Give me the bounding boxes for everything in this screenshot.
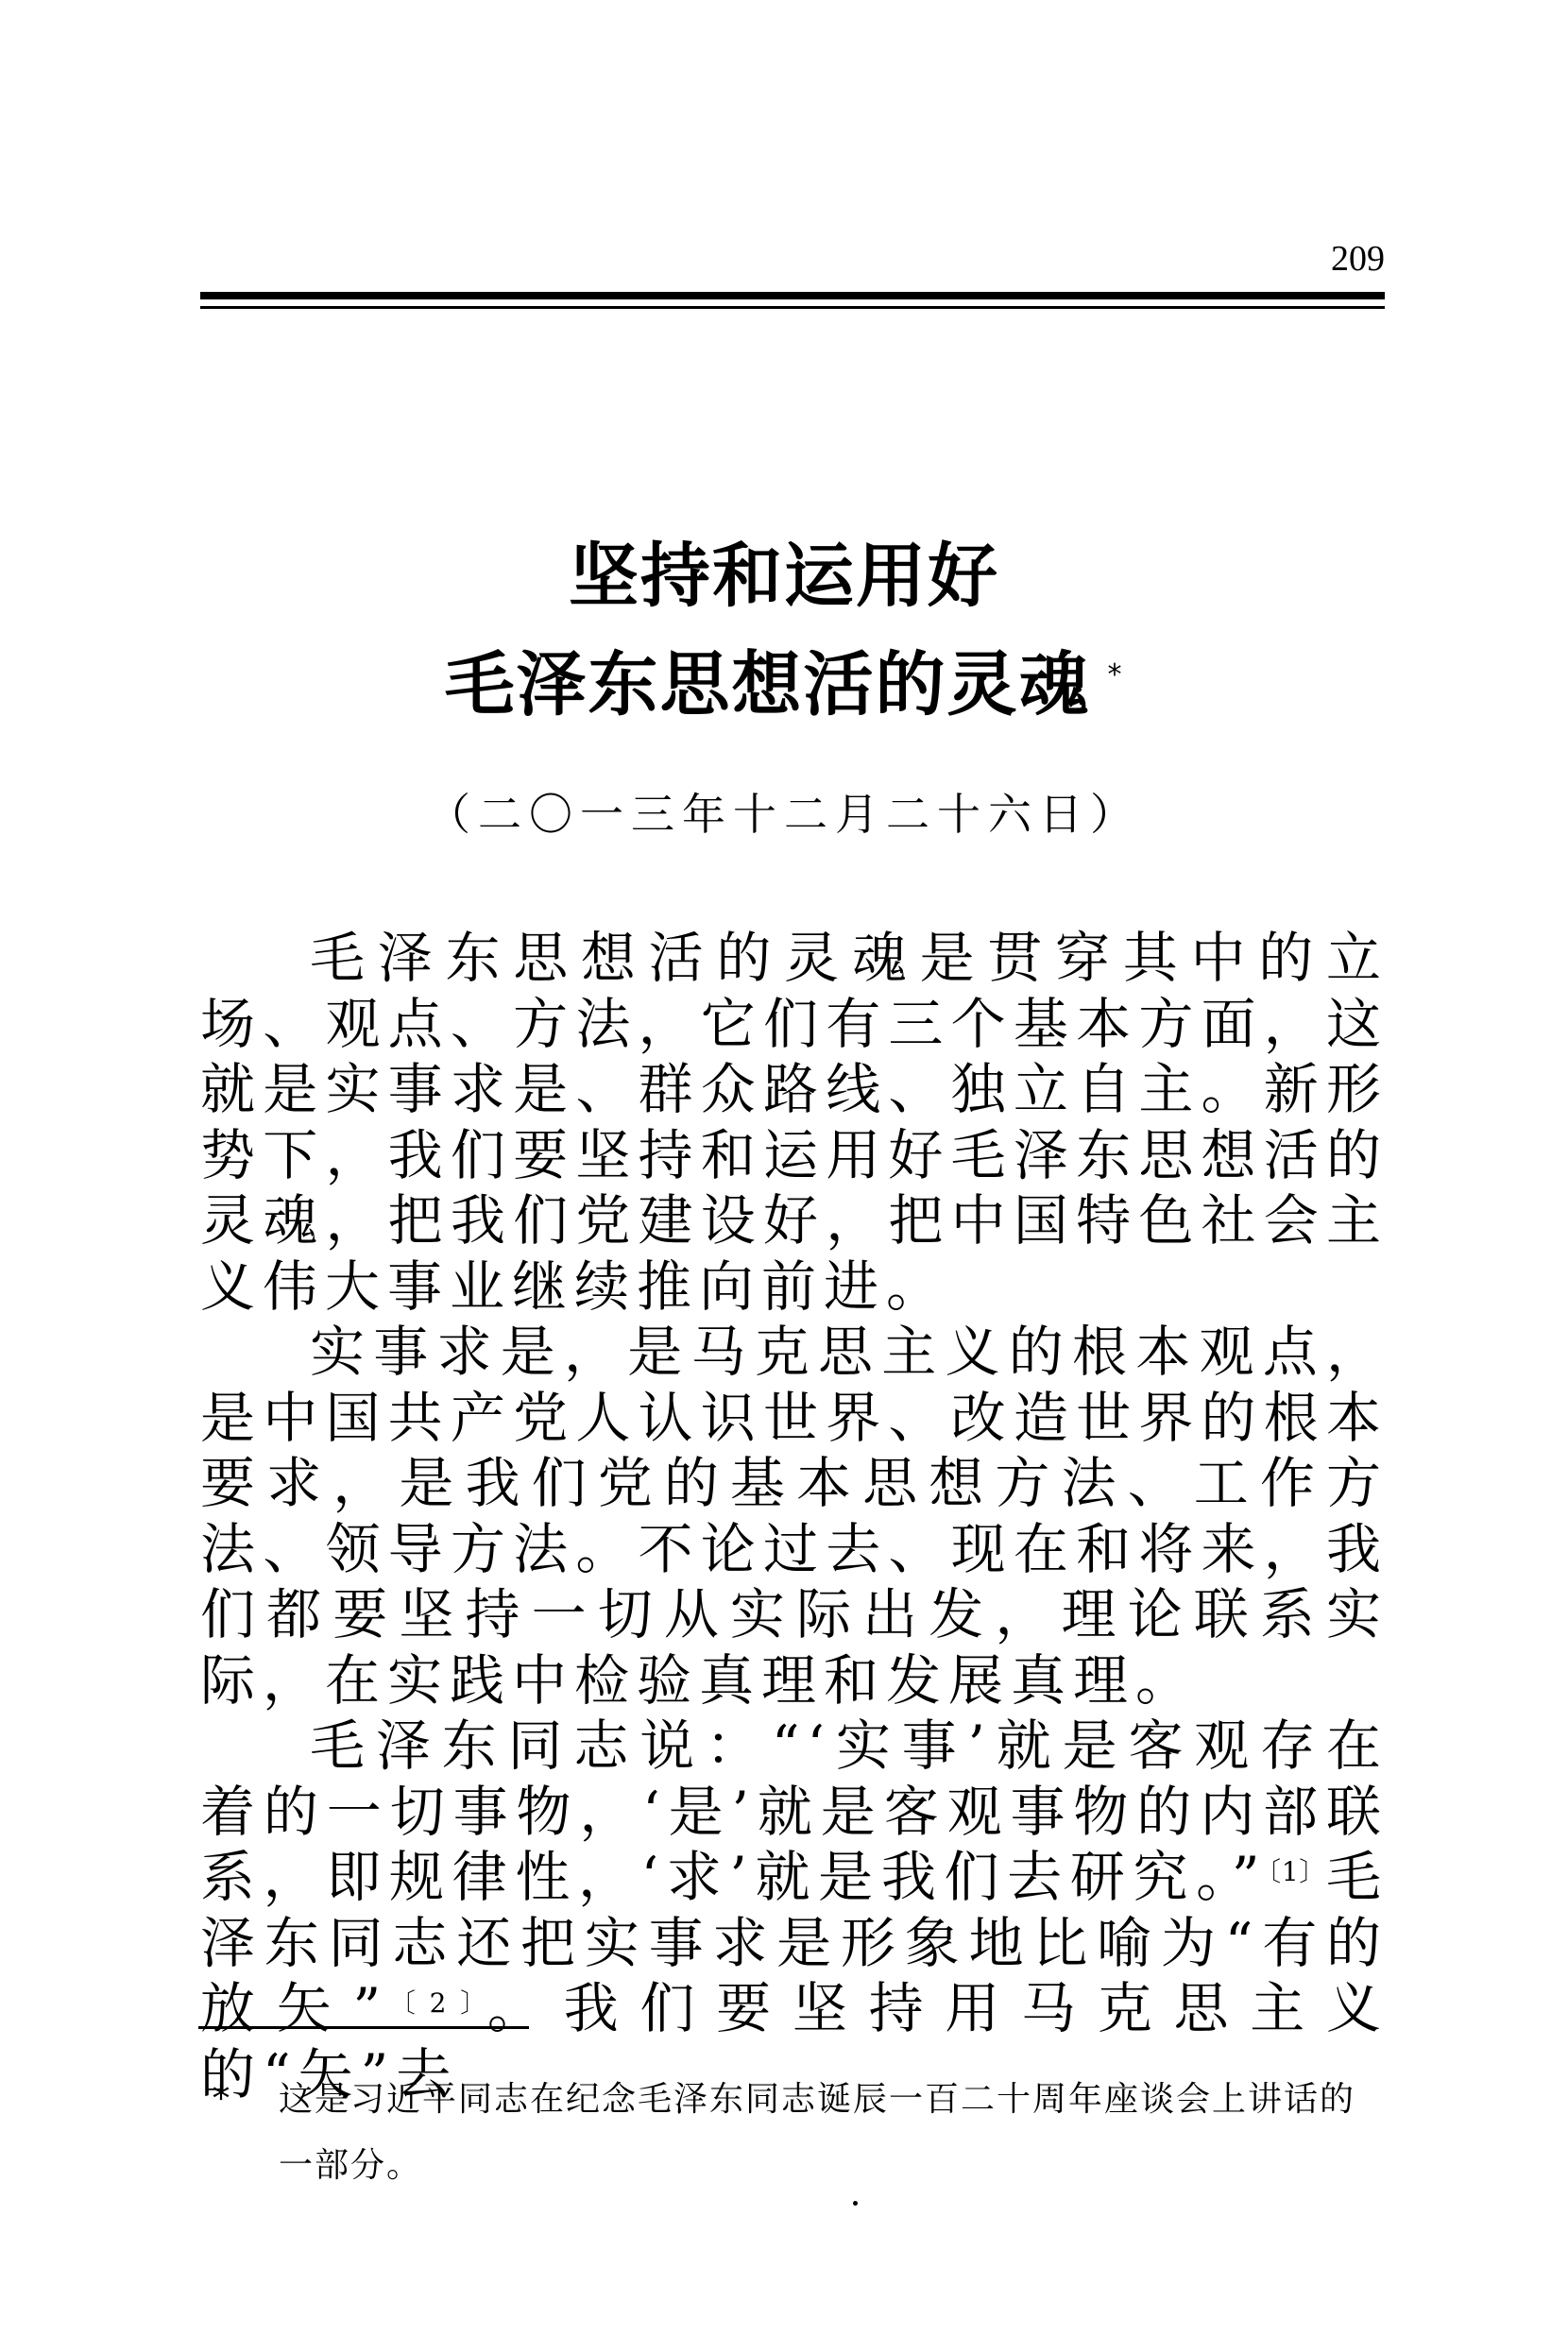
paragraph-2: 实事求是，是马克思主义的根本观点，是中国共产党人认识世界、改造世界的根本要求，是… xyxy=(200,1320,1389,1714)
title-footnote-marker: * xyxy=(1108,658,1124,691)
paragraph-1: 毛泽东思想活的灵魂是贯穿其中的立场、观点、方法，它们有三个基本方面，这就是实事求… xyxy=(200,926,1389,1320)
title-text-2: 毛泽东思想活的灵魂 xyxy=(445,644,1091,725)
paragraph-3: 毛泽东同志说：“‘实事’就是客观存在着的一切事物，‘是’就是客观事物的内部联系，… xyxy=(200,1714,1389,2107)
title-line-1: 坚持和运用好 xyxy=(0,534,1568,619)
body-text: 毛泽东思想活的灵魂是贯穿其中的立场、观点、方法，它们有三个基本方面，这就是实事求… xyxy=(200,926,1389,2107)
footnote: * 这是习近平同志在纪念毛泽东同志诞辰一百二十周年座谈会上讲话的一部分。 xyxy=(231,2067,1389,2199)
footnote-rule xyxy=(198,2026,529,2029)
paragraph-3-part-1: 毛泽东同志说：“‘实事’就是客观存在着的一切事物，‘是’就是客观事物的内部联系，… xyxy=(200,1714,1389,1909)
date-line: （二〇一三年十二月二十六日） xyxy=(0,786,1568,843)
header-rule-thin xyxy=(200,306,1385,309)
title-line-2: 毛泽东思想活的灵魂* xyxy=(0,642,1568,727)
endnote-ref-1: 〔1〕 xyxy=(1268,1856,1326,1887)
header-rule-thick xyxy=(200,292,1385,299)
endnote-ref-2: 〔2〕 xyxy=(388,1987,487,2019)
title-text-1: 坚持和运用好 xyxy=(569,536,999,617)
page-dot xyxy=(853,2201,858,2206)
footnote-text: 这是习近平同志在纪念毛泽东同志诞辰一百二十周年座谈会上讲话的一部分。 xyxy=(231,2067,1389,2199)
footnote-marker: * xyxy=(213,2067,231,2133)
page-number: 209 xyxy=(1300,238,1385,280)
